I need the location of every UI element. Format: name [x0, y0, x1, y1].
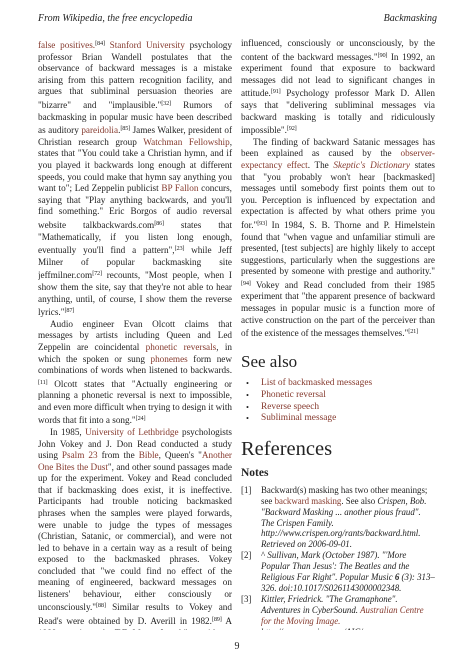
- text-link[interactable]: false positives.: [38, 40, 95, 50]
- references-heading: References: [241, 438, 435, 462]
- bullet-icon: •: [243, 390, 261, 402]
- text-link[interactable]: BP Fallon: [161, 183, 198, 193]
- header-article-title: Backmasking: [384, 13, 437, 24]
- footnote-ref: [94]: [241, 280, 251, 287]
- text-run: ", and other sound passages made up for …: [38, 462, 232, 613]
- notes-heading: Notes: [241, 468, 435, 480]
- paragraph: influenced, consciously or unconsciously…: [241, 38, 435, 137]
- paragraph: In 1985, University of Lethbridge psycho…: [38, 427, 232, 630]
- footnote-ref: [23]: [175, 245, 185, 252]
- text-run: , Queen's ": [159, 450, 202, 460]
- text-run: http://www.acmi.net.au/AIC/: [261, 627, 363, 630]
- text-link[interactable]: Psalm 23: [62, 450, 98, 460]
- see-also-link[interactable]: List of backmasked messages: [261, 378, 372, 390]
- page-number: 9: [0, 641, 474, 652]
- text-run: In 1984, S. B. Thorne and P. Himelstein …: [241, 220, 435, 276]
- note-text: ^ Sullivan, Mark (October 1987). "'More …: [261, 550, 435, 594]
- footnote-ref: [88]: [96, 602, 106, 609]
- see-also-heading: See also: [241, 352, 435, 372]
- see-also-list: •List of backmasked messages•Phonetic re…: [243, 378, 435, 424]
- header-source-label: From Wikipedia, the free encyclopedia: [38, 13, 192, 24]
- text-link[interactable]: backward masking: [275, 496, 342, 506]
- bullet-icon: •: [243, 402, 261, 414]
- text-run: . The: [308, 160, 334, 170]
- footnote-ref: [85]: [120, 125, 130, 132]
- text-link[interactable]: Stanford University: [110, 40, 185, 50]
- list-item: •Reverse speech: [243, 402, 435, 414]
- list-item: •Phonetic reversal: [243, 390, 435, 402]
- text-link[interactable]: phonetic reversals: [146, 342, 217, 352]
- text-link[interactable]: University of Lethbridge: [85, 427, 179, 437]
- text-link[interactable]: phonemes: [150, 354, 187, 364]
- note-number: [3]: [241, 594, 261, 630]
- text-run: from the: [98, 450, 139, 460]
- footnote-ref: [92]: [287, 125, 297, 132]
- footnote-ref: [91]: [271, 88, 281, 95]
- right-column: influenced, consciously or unconsciously…: [241, 38, 435, 630]
- footnote-ref: [90]: [378, 52, 388, 59]
- text-link[interactable]: Bible: [139, 450, 159, 460]
- footnote-ref: [72]: [92, 270, 102, 277]
- page-header: From Wikipedia, the free encyclopedia Ba…: [38, 13, 437, 24]
- text-run: In 1985,: [50, 427, 85, 437]
- text-link[interactable]: Watchman Fellowship: [143, 137, 229, 147]
- document-page: From Wikipedia, the free encyclopedia Ba…: [0, 0, 474, 670]
- footnote-ref: [24]: [136, 415, 146, 422]
- paragraph: false positives.[84] Stanford University…: [38, 38, 232, 319]
- footnote-ref: [93]: [257, 220, 267, 227]
- paragraph: Audio engineer Evan Olcott claims that m…: [38, 319, 232, 427]
- note-text: Kittler, Friedrick. "The Gramaphone". Ad…: [261, 594, 435, 630]
- see-also-link[interactable]: Reverse speech: [261, 402, 319, 414]
- text-run: Vokey and Read concluded from their 1985…: [241, 280, 435, 338]
- see-also-link[interactable]: Phonetic reversal: [261, 390, 326, 402]
- note-item: [1]Backward(s) masking has two other mea…: [241, 485, 435, 550]
- note-number: [1]: [241, 485, 261, 550]
- bullet-icon: •: [243, 378, 261, 390]
- notes-list: [1]Backward(s) masking has two other mea…: [241, 485, 435, 630]
- footnote-ref: [86]: [154, 220, 164, 227]
- text-link[interactable]: pareidolia: [81, 125, 118, 135]
- paragraph: The finding of backward Satanic messages…: [241, 137, 435, 340]
- text-run: Sullivan, Mark (October 1987). "'More Po…: [261, 550, 409, 582]
- note-text: Backward(s) masking has two other meanin…: [261, 485, 435, 550]
- text-run: . See also: [341, 496, 377, 506]
- note-item: [3]Kittler, Friedrick. "The Gramaphone".…: [241, 594, 435, 630]
- two-column-body: false positives.[84] Stanford University…: [38, 38, 437, 630]
- list-item: •List of backmasked messages: [243, 378, 435, 390]
- list-item: •Subliminal message: [243, 413, 435, 425]
- footnote-ref: [32]: [161, 100, 171, 107]
- footnote-ref: [84]: [95, 40, 105, 47]
- see-also-link[interactable]: Subliminal message: [261, 413, 336, 425]
- footnote-ref: [21]: [408, 328, 418, 335]
- note-item: [2]^ Sullivan, Mark (October 1987). "'Mo…: [241, 550, 435, 594]
- bullet-icon: •: [243, 413, 261, 425]
- left-column: false positives.[84] Stanford University…: [38, 38, 232, 630]
- text-link[interactable]: Skeptic's Dictionary: [333, 160, 410, 170]
- note-number: [2]: [241, 550, 261, 594]
- footnote-ref: [89]: [212, 616, 222, 623]
- footnote-ref: [87]: [64, 307, 74, 314]
